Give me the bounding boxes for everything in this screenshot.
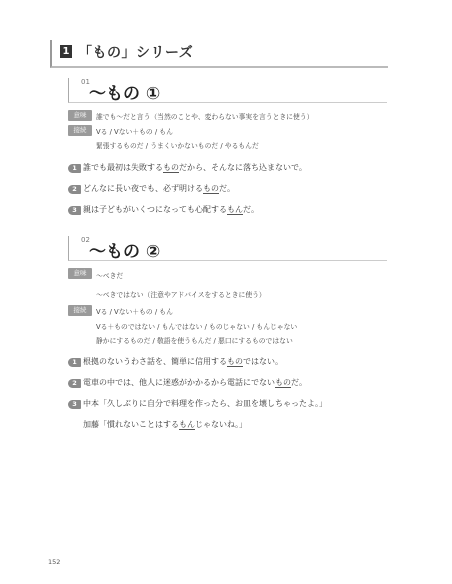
sentence-text: 親は子どもがいくつになっても心配する <box>83 205 227 214</box>
meaning-text: 〜べきだ <box>96 270 123 280</box>
connection-text: Vる / Vない＋もの / もん <box>96 306 173 316</box>
emphasis-text: もの <box>203 184 219 194</box>
example-sentence: 誰でも最初は失敗するものだから、そんなに落ち込まないで。 <box>83 162 307 173</box>
emphasis-text: もん <box>227 205 243 215</box>
sentence-text: だから、そんなに落ち込まないで。 <box>179 163 307 172</box>
meaning-text: 誰でも〜だと言う（当然のことや、変わらない事実を言うときに使う） <box>96 111 313 121</box>
connection-example: 静かにするものだ / 敬語を使うもんだ / 悪口にするものではない <box>96 335 293 345</box>
page-number: 152 <box>48 558 60 566</box>
emphasis-text: もの <box>227 357 243 367</box>
section-title: 「もの」シリーズ <box>78 42 193 62</box>
sentence-text: だ。 <box>243 205 259 214</box>
sentence-text: 誰でも最初は失敗する <box>83 163 163 172</box>
textbook-page: 1 「もの」シリーズ 01 〜もの ① 意味 誰でも〜だと言う（当然のことや、変… <box>0 0 452 584</box>
sentence-text: 加藤「慣れないことはする <box>83 420 179 429</box>
sentence-text: だ。 <box>291 378 307 387</box>
entry-header-02: 02 〜もの ② <box>68 236 387 261</box>
connection-text: Vる＋ものではない / もんではない / ものじゃない / もんじゃない <box>96 321 297 331</box>
connection-example: 緊張するものだ / うまくいかないものだ / やるもんだ <box>96 140 259 150</box>
sentence-text: だ。 <box>219 184 235 193</box>
sentence-text: ではない。 <box>243 357 283 366</box>
example-sentence: 電車の中では、他人に迷惑がかかるから電話にでないものだ。 <box>83 377 307 388</box>
connection-text: Vる / Vない＋もの / もん <box>96 126 173 136</box>
example-sentence: 親は子どもがいくつになっても心配するもんだ。 <box>83 204 259 215</box>
meaning-label: 意味 <box>68 268 92 279</box>
example-sentence-continuation: 加藤「慣れないことはするもんじゃないね。」 <box>83 419 247 430</box>
connection-label: 接続 <box>68 305 92 316</box>
sentence-text: 中本「久しぶりに自分で料理を作ったら、お皿を壊しちゃったよ。」 <box>83 399 327 408</box>
sentence-text: どんなに長い夜でも、必ず明ける <box>83 184 203 193</box>
example-sentence: 中本「久しぶりに自分で料理を作ったら、お皿を壊しちゃったよ。」 <box>83 398 327 409</box>
section-number-badge: 1 <box>60 45 72 58</box>
entry-header-01: 01 〜もの ① <box>68 78 387 103</box>
section-header: 1 「もの」シリーズ <box>50 40 388 68</box>
emphasis-text: もん <box>179 420 195 430</box>
example-sentence: どんなに長い夜でも、必ず明けるものだ。 <box>83 183 235 194</box>
meaning-text: 〜べきではない（注意やアドバイスをするときに使う） <box>96 289 266 299</box>
example-sentence: 根拠のないうわさ話を、簡単に信用するものではない。 <box>83 356 283 367</box>
emphasis-text: もの <box>163 163 179 173</box>
entry-title: 〜もの ① <box>89 79 160 104</box>
example-marker: 1 <box>68 164 81 173</box>
example-marker: 2 <box>68 185 81 194</box>
sentence-text: 電車の中では、他人に迷惑がかかるから電話にでない <box>83 378 275 387</box>
emphasis-text: もの <box>275 378 291 388</box>
sentence-text: じゃないね。」 <box>195 420 247 429</box>
example-marker: 3 <box>68 206 81 215</box>
sentence-text: 根拠のないうわさ話を、簡単に信用する <box>83 357 227 366</box>
example-marker: 1 <box>68 358 81 367</box>
example-marker: 3 <box>68 400 81 409</box>
entry-title: 〜もの ② <box>89 237 160 262</box>
meaning-label: 意味 <box>68 110 92 121</box>
example-marker: 2 <box>68 379 81 388</box>
connection-label: 接続 <box>68 125 92 136</box>
